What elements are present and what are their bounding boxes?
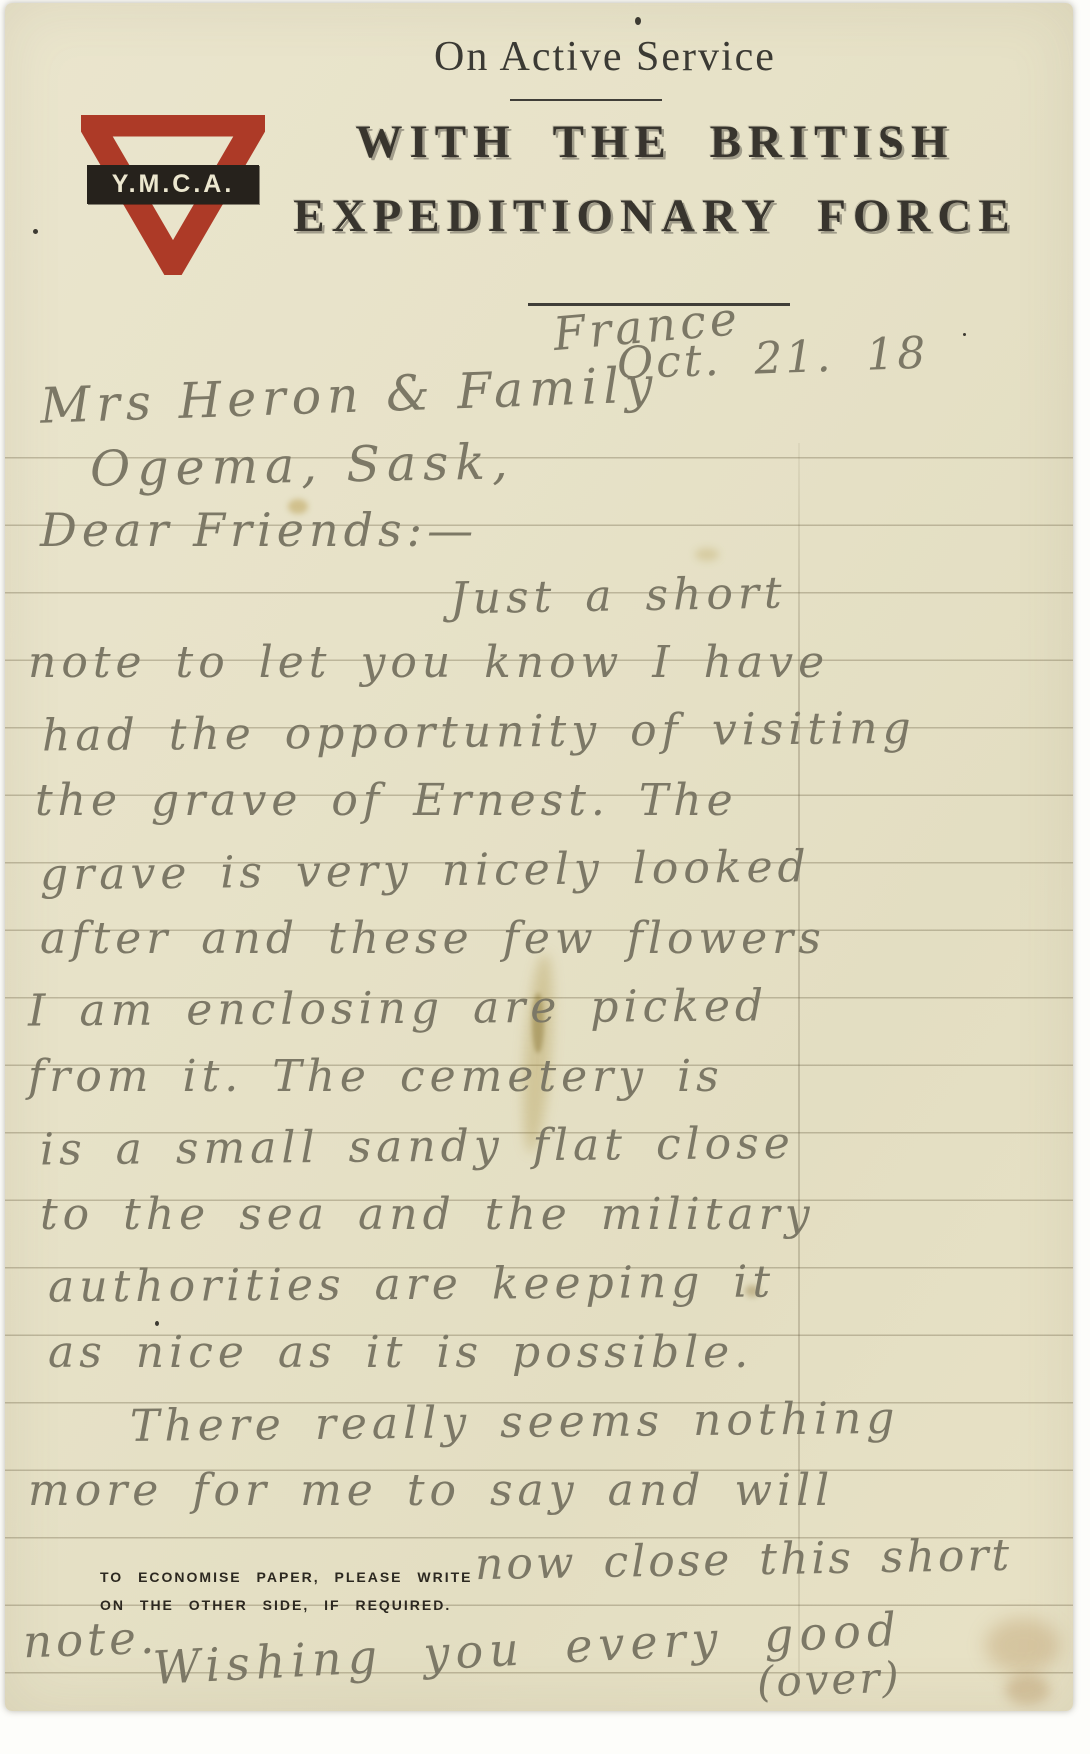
body-line: after and these few flowers bbox=[40, 904, 1065, 973]
over-note: (over) bbox=[756, 1652, 902, 1706]
body-line: had the opportunity of visiting bbox=[42, 693, 1066, 771]
ymca-logo: Y.M.C.A. bbox=[81, 115, 265, 275]
addressee-line: Mrs Heron & Family bbox=[39, 356, 659, 435]
letterhead-title: WITH THE BRITISH EXPEDITIONARY FORCE bbox=[255, 113, 1055, 245]
stain bbox=[1005, 1675, 1050, 1705]
speck bbox=[33, 229, 38, 234]
speck bbox=[963, 333, 966, 336]
date-value: Oct. 21. 18 bbox=[616, 328, 929, 390]
body-line: is a small sandy flat close bbox=[40, 1107, 1066, 1185]
body-line: as nice as it is possible. bbox=[48, 1318, 1065, 1387]
scan-background: { "letterhead": { "service_line": "On Ac… bbox=[0, 0, 1090, 1754]
stain bbox=[985, 1618, 1060, 1673]
address-line: Ogema, Sask, bbox=[90, 433, 515, 497]
letterhead-title-line1: WITH THE BRITISH bbox=[255, 113, 1055, 171]
body-line: There really seems nothing bbox=[130, 1382, 1066, 1461]
body-line: to the sea and the military bbox=[40, 1180, 1065, 1249]
body-line: from it. The cemetery is bbox=[28, 1042, 1065, 1111]
letter-page: On Active Service Y.M.C.A. WITH THE BRIT… bbox=[5, 3, 1073, 1711]
salutation: Dear Friends:— bbox=[40, 503, 478, 557]
body-line: note to let you know I have bbox=[28, 628, 1065, 697]
speck bbox=[635, 17, 641, 25]
body-line: the grave of Ernest. The bbox=[35, 766, 1065, 835]
service-underline bbox=[510, 99, 662, 101]
letter-body: Just a short note to let you know I have… bbox=[20, 559, 1065, 1594]
body-line: now close this short bbox=[474, 1520, 1065, 1599]
body-line: grave is very nicely looked bbox=[40, 830, 1066, 910]
ymca-band-label: Y.M.C.A. bbox=[87, 165, 259, 204]
service-line: On Active Service bbox=[225, 33, 985, 81]
body-line: more for me to say and will bbox=[28, 1456, 1065, 1525]
economy-note-line1: TO ECONOMISE PAPER, PLEASE WRITE bbox=[100, 1563, 473, 1591]
body-line: I am enclosing are picked bbox=[28, 969, 1065, 1045]
letterhead-title-line2: EXPEDITIONARY FORCE bbox=[255, 187, 1055, 245]
body-line: Just a short bbox=[449, 554, 1065, 634]
body-line: authorities are keeping it bbox=[48, 1245, 1065, 1321]
closing-word: note. bbox=[22, 1611, 159, 1669]
